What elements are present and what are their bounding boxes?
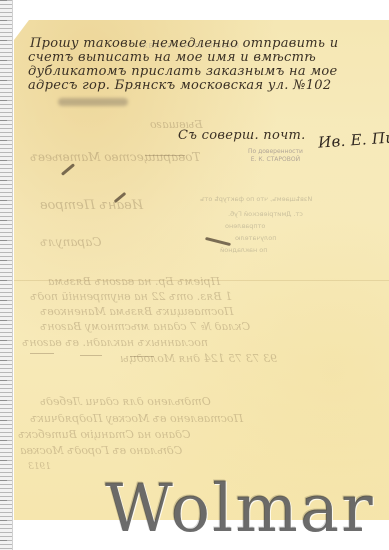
bleed-underline — [145, 155, 185, 156]
watermark: Wolmar — [105, 470, 375, 547]
bleed-underline — [80, 355, 102, 356]
printed-bleed-line: ст. Дмитріевской Губ. — [228, 210, 303, 218]
bleed-line: Отдѣлено для сдачи Лебедь — [40, 395, 211, 408]
stamp-line-1: По доверенности — [248, 148, 303, 156]
letter-line: Прошу таковые немедленно отправить и — [30, 36, 338, 51]
bleed-line: Сдѣлано въ Городъ Москва — [20, 444, 182, 457]
measurement-ruler — [0, 0, 13, 550]
bleed-line: Сарапулъ — [40, 235, 102, 249]
printed-bleed-line: по накладной — [220, 246, 268, 254]
bleed-line: 93 73 75 124 дня Молодцы — [120, 352, 277, 365]
letter-line: адресъ гор. Брянскъ московская ул. №102 — [28, 78, 331, 93]
letter-closing: Съ соверш. почт. — [178, 128, 306, 143]
bleed-line: Иванъ Петров — [40, 198, 143, 213]
printed-bleed-line: Извѣщаемъ, что по фактурѣ отъ — [200, 195, 312, 203]
printed-bleed-line: получателю — [235, 234, 276, 242]
bleed-line: Товарищество Матвѣевъ — [30, 150, 201, 164]
bleed-line: Поставлено въ Москву Подрядчикъ — [30, 412, 243, 425]
proxy-stamp: По доверенности Е. К. СТАРОВОЙ — [248, 148, 303, 164]
bleed-underline — [130, 356, 154, 357]
bleed-line: 1913 — [28, 462, 51, 472]
bleed-line: Сдано на Станцію Витебскъ — [18, 428, 191, 441]
letter-line: счетъ выписать на мое имя и вмѣстѣ — [28, 50, 316, 65]
ink-smudge — [58, 98, 128, 106]
bleed-underline — [30, 353, 54, 354]
stamp-line-2: Е. К. СТАРОВОЙ — [248, 156, 303, 164]
bleed-line: Склад № 7 сдана мѣстному Вагонъ — [40, 320, 250, 333]
bleed-line: 1 Вяз. отъ 22 на внутренній подъ — [30, 290, 232, 303]
bleed-line: Пріемъ Бр. на вагонъ Вязьма — [48, 275, 220, 288]
bleed-line: посланныхъ накладн. въ вагонъ — [22, 336, 208, 349]
bleed-line: Поставщикъ Вязьма Маненковъ — [40, 305, 234, 318]
letter-line: дубликатомъ прислать заказнымъ на мое — [28, 64, 338, 79]
printed-bleed-line: отправлено — [225, 222, 265, 230]
